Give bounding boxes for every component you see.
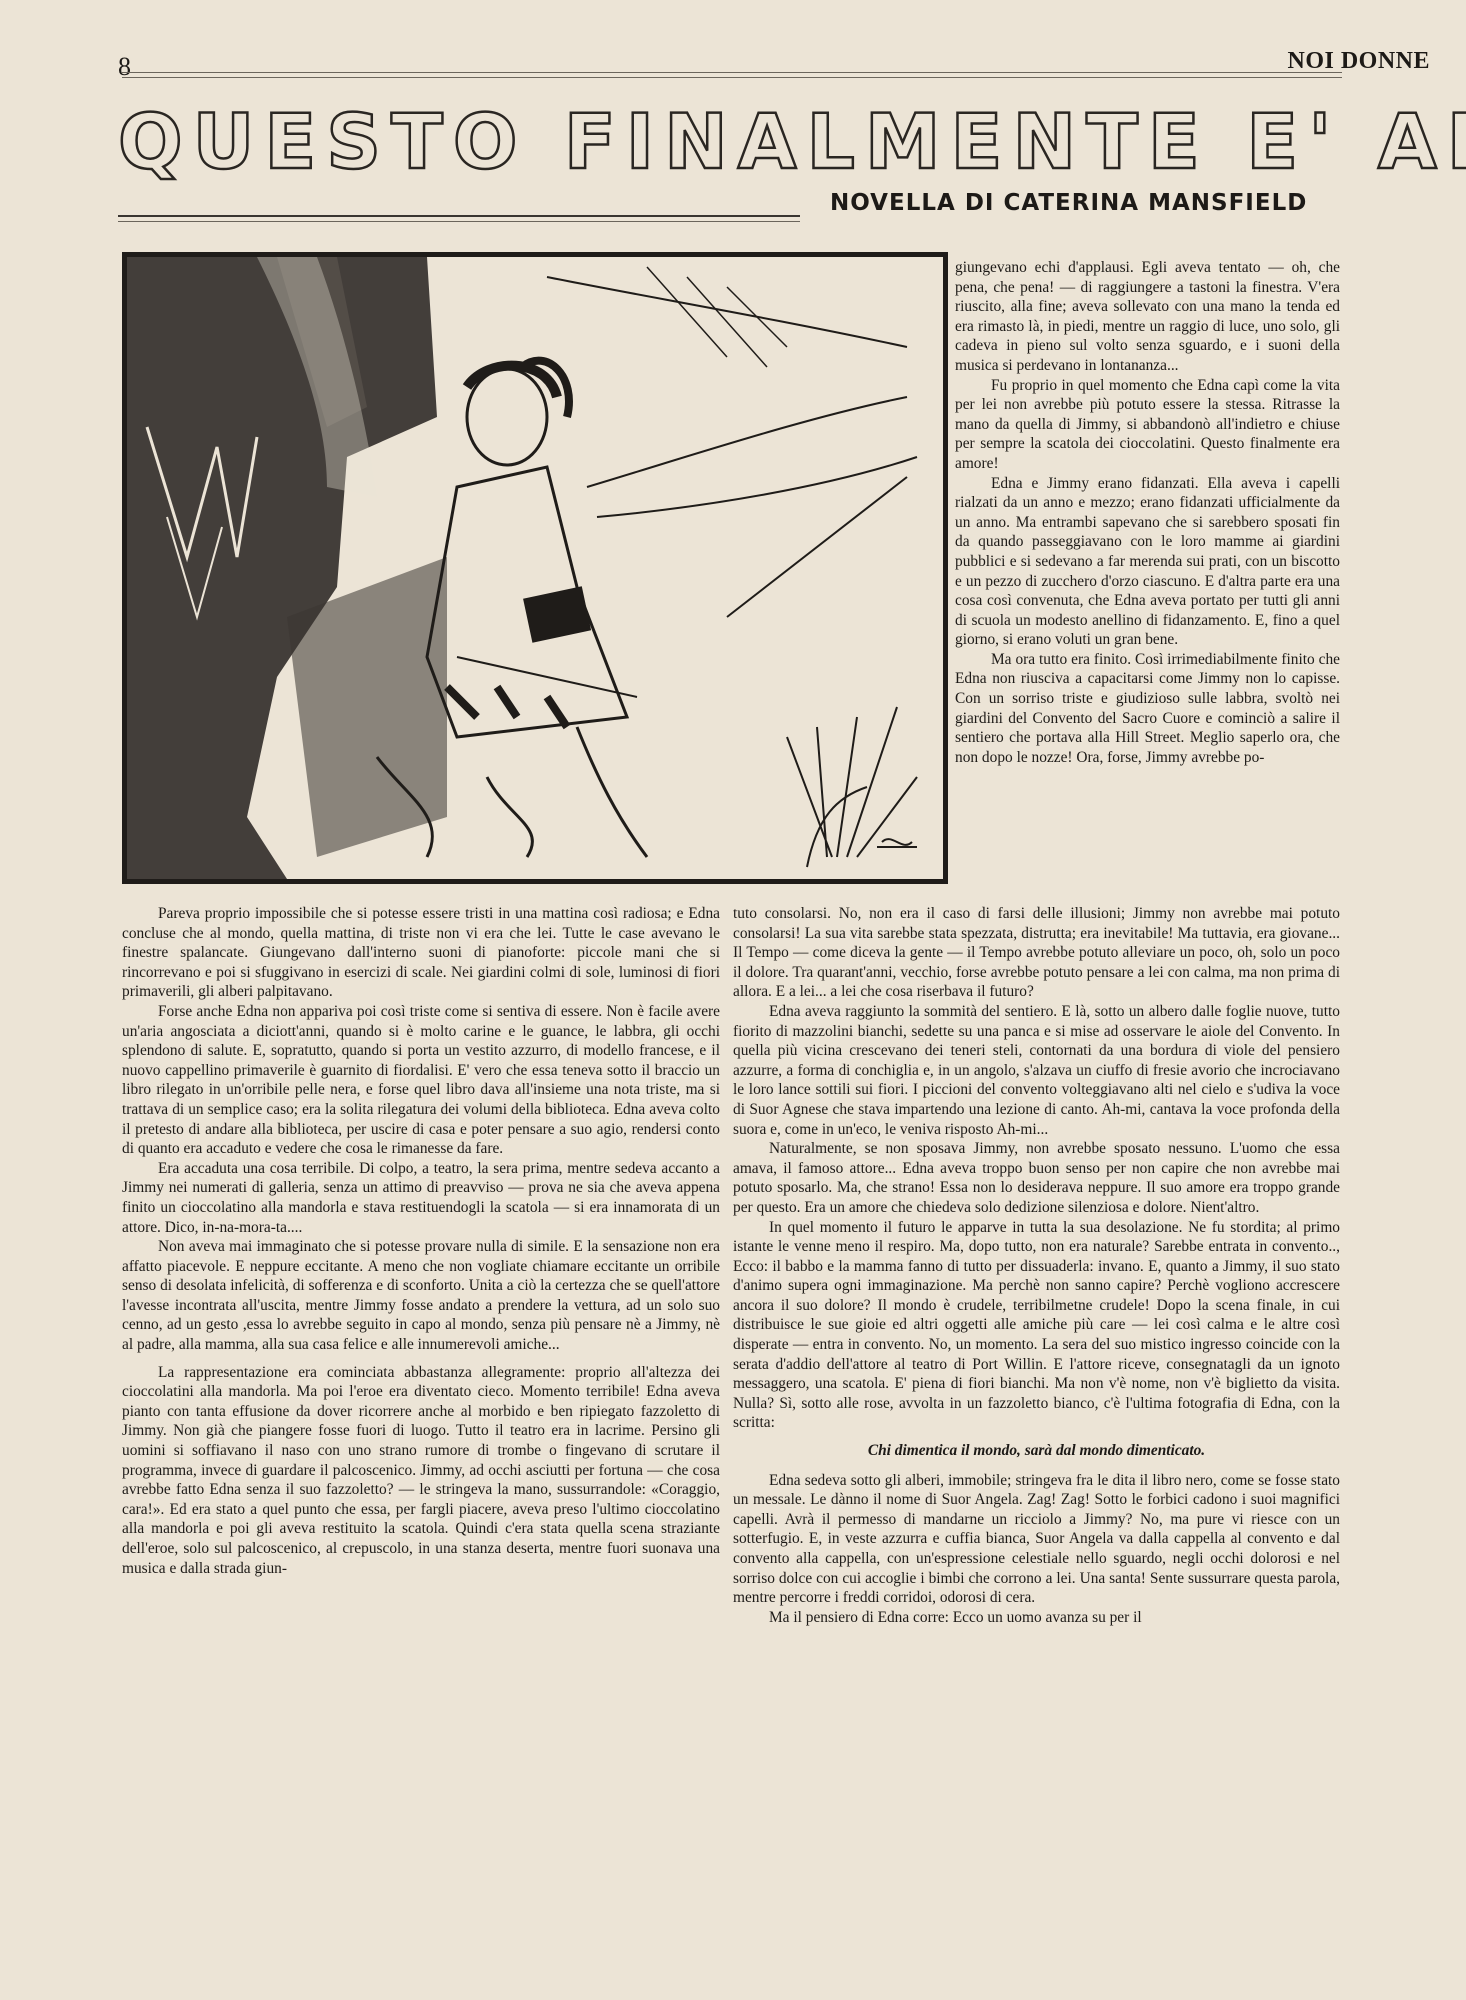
magazine-name: NOI DONNE bbox=[1287, 48, 1430, 75]
paragraph: Era accaduta una cosa terribile. Di colp… bbox=[122, 1159, 720, 1237]
illustration-drawing bbox=[127, 257, 943, 879]
byline-rule bbox=[118, 215, 800, 222]
paragraph: Edna sedeva sotto gli alberi, immobile; … bbox=[733, 1471, 1340, 1608]
paragraph: Edna e Jimmy erano fidanzati. Ella aveva… bbox=[955, 474, 1340, 650]
paragraph: Non aveva mai immaginato che si potesse … bbox=[122, 1237, 720, 1355]
illustration bbox=[122, 252, 948, 884]
paragraph: giungevano echi d'applausi. Egli aveva t… bbox=[955, 258, 1340, 376]
pull-quote: Chi dimentica il mondo, sarà dal mondo d… bbox=[733, 1441, 1340, 1461]
header-rule bbox=[122, 72, 1342, 78]
paragraph: Forse anche Edna non appariva poi così t… bbox=[122, 1002, 720, 1159]
byline: NOVELLA DI CATERINA MANSFIELD bbox=[830, 190, 1307, 216]
paragraph: Edna aveva raggiunto la sommità del sent… bbox=[733, 1002, 1340, 1139]
paragraph: La rappresentazione era cominciata abbas… bbox=[122, 1363, 720, 1579]
paragraph: Pareva proprio impossibile che si potess… bbox=[122, 904, 720, 1002]
paragraph: Ma ora tutto era finito. Così irrimediab… bbox=[955, 650, 1340, 768]
paragraph: Naturalmente, se non sposava Jimmy, non … bbox=[733, 1139, 1340, 1217]
article-column-right-top: giungevano echi d'applausi. Egli aveva t… bbox=[955, 258, 1340, 767]
article-title: QUESTO FINALMENTE E' AMORE! bbox=[118, 104, 1348, 180]
paragraph: Fu proprio in quel momento che Edna capì… bbox=[955, 376, 1340, 474]
paragraph: In quel momento il futuro le apparve in … bbox=[733, 1218, 1340, 1434]
paragraph: Ma il pensiero di Edna corre: Ecco un uo… bbox=[733, 1608, 1340, 1628]
article-column-left: Pareva proprio impossibile che si potess… bbox=[122, 904, 720, 1578]
article-column-right-bottom: tuto consolarsi. No, non era il caso di … bbox=[733, 904, 1340, 1627]
paragraph: tuto consolarsi. No, non era il caso di … bbox=[733, 904, 1340, 1002]
